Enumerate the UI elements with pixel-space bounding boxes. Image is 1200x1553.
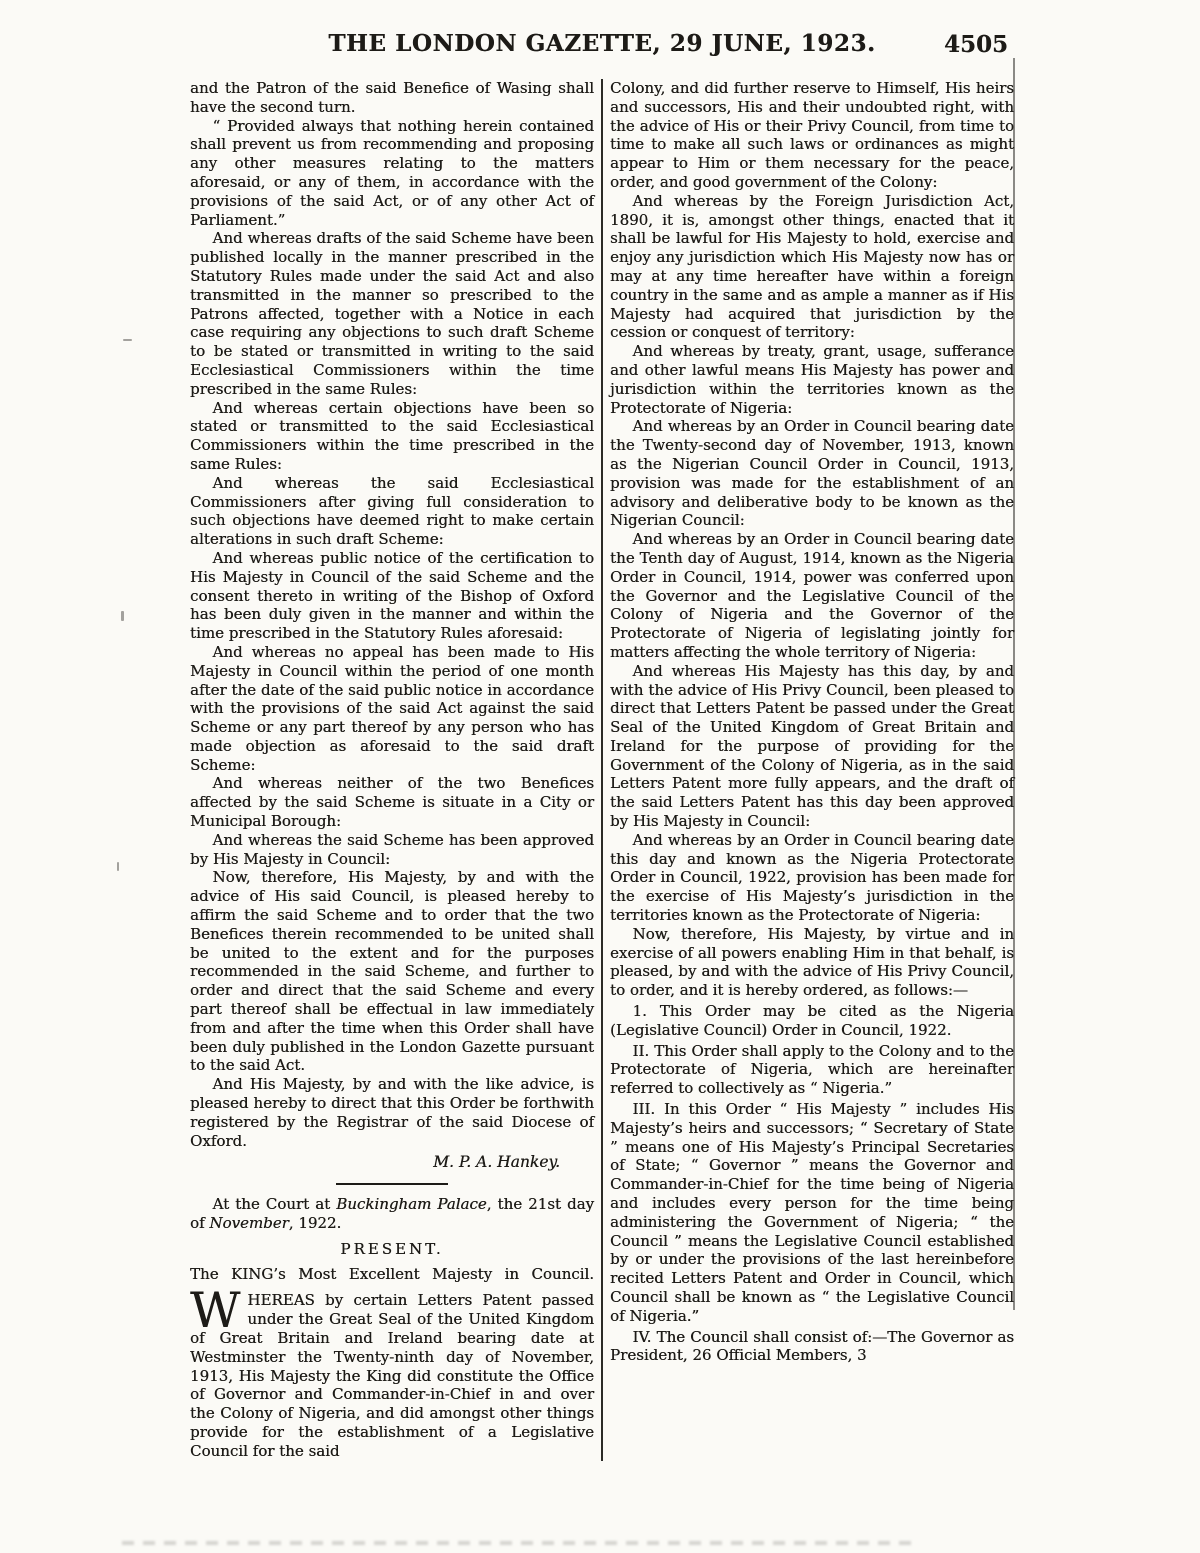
scan-bleed-through [122, 1541, 912, 1545]
paragraph: and the Patron of the said Benefice of W… [190, 79, 594, 117]
paragraph: And whereas drafts of the said Scheme ha… [190, 229, 594, 398]
king-in-council-line: The KING’s Most Excellent Majesty in Cou… [190, 1265, 594, 1284]
page-title: THE LONDON GAZETTE, 29 JUNE, 1923. [190, 30, 1014, 57]
paragraph: And whereas public notice of the certifi… [190, 549, 594, 643]
text-run: At the Court at [213, 1195, 337, 1213]
paragraph: Now, therefore, His Majesty, by and with… [190, 868, 594, 1075]
text-columns: and the Patron of the said Benefice of W… [190, 79, 1014, 1461]
scan-artifact [121, 611, 124, 621]
paragraph: And His Majesty, by and with the like ad… [190, 1075, 594, 1150]
left-column: and the Patron of the said Benefice of W… [190, 79, 594, 1461]
paragraph: And whereas by the Foreign Jurisdiction … [610, 192, 1014, 342]
right-column: Colony, and did further reserve to Himse… [610, 79, 1014, 1461]
separator-rule [336, 1183, 448, 1185]
court-date-line: At the Court at Buckingham Palace, the 2… [190, 1195, 594, 1233]
paragraph: And whereas by an Order in Council beari… [610, 831, 1014, 925]
paragraph: Colony, and did further reserve to Himse… [610, 79, 1014, 192]
paragraph: And whereas His Majesty has this day, by… [610, 662, 1014, 831]
paragraph: And whereas the said Scheme has been app… [190, 831, 594, 869]
text-run: , 1922. [289, 1214, 341, 1232]
signature: M. P. A. Hankey. [190, 1153, 594, 1172]
clause-paragraph: III. In this Order “ His Majesty ” inclu… [610, 1100, 1014, 1326]
paragraph: And whereas no appeal has been made to H… [190, 643, 594, 775]
paragraph: And whereas by an Order in Council beari… [610, 530, 1014, 662]
paragraph: And whereas neither of the two Benefices… [190, 774, 594, 830]
paragraph: And whereas by an Order in Council beari… [610, 417, 1014, 530]
paragraph: Now, therefore, His Majesty, by virtue a… [610, 925, 1014, 1000]
paragraph: And whereas the said Ecclesiastical Comm… [190, 474, 594, 549]
italic-text: November [209, 1214, 288, 1232]
drop-cap-letter: W [190, 1291, 247, 1328]
present-heading: PRESENT. [190, 1240, 594, 1259]
page-header: THE LONDON GAZETTE, 29 JUNE, 1923. 4505 [190, 30, 1014, 62]
clause-paragraph: II. This Order shall apply to the Colony… [610, 1042, 1014, 1098]
paragraph: “ Provided always that nothing herein co… [190, 117, 594, 230]
scan-artifact [117, 862, 119, 871]
paragraph: And whereas by treaty, grant, usage, suf… [610, 342, 1014, 417]
paragraph: And whereas certain objections have been… [190, 399, 594, 474]
gazette-page: THE LONDON GAZETTE, 29 JUNE, 1923. 4505 … [0, 0, 1200, 1553]
italic-text: Buckingham Palace [336, 1195, 487, 1213]
column-divider [601, 79, 603, 1461]
scan-artifact [123, 339, 132, 341]
clause-paragraph: IV. The Council shall consist of:—The Go… [610, 1328, 1014, 1366]
page-number: 4505 [944, 31, 1008, 58]
whereas-paragraph: WHEREAS by certain Letters Patent passed… [190, 1291, 594, 1460]
page-edge-line [1013, 58, 1015, 1310]
clause-paragraph: 1. This Order may be cited as the Nigeri… [610, 1002, 1014, 1040]
